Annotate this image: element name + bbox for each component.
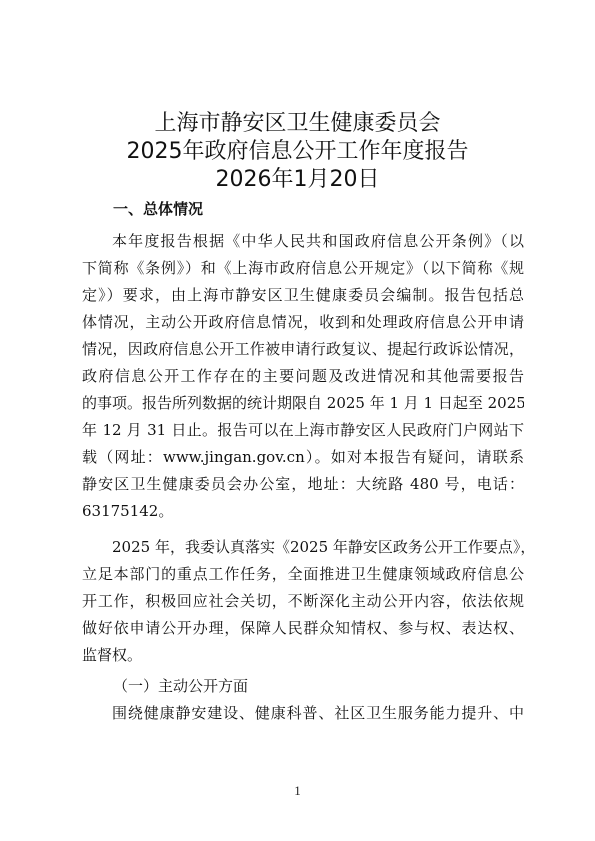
text-line: 载（网址：www.jingan.gov.cn）。如对本报告有疑问，请联系 (82, 444, 524, 471)
text-line: 开工作，积极回应社会关切，不断深化主动公开内容，依法依规 (82, 588, 524, 615)
text-line: 情况，因政府信息公开工作被申请行政复议、提起行政诉讼情况， (82, 336, 524, 363)
text-line: 做好依申请公开办理，保障人民群众知情权、参与权、表达权、 (82, 615, 524, 642)
text-line: 63175142。 (82, 498, 524, 525)
paragraph-overview: 本年度报告根据《中华人民共和国政府信息公开条例》（以 下简称《条例》）和《上海市… (82, 228, 524, 525)
text-line: 静安区卫生健康委员会办公室，地址：大统路 480 号，电话： (82, 471, 524, 498)
text-line: 围绕健康静安建设、健康科普、社区卫生服务能力提升、中 (82, 700, 524, 727)
text-line: 定》）要求，由上海市静安区卫生健康委员会编制。报告包括总 (82, 282, 524, 309)
text-line: 体情况，主动公开政府信息情况，收到和处理政府信息公开申请 (82, 309, 524, 336)
section-heading-overview: 一、总体情况 (113, 199, 203, 219)
report-date: 2026年1月20日 (0, 166, 595, 193)
text-line: 年 12 月 31 日止。报告可以在上海市静安区人民政府门户网站下 (82, 417, 524, 444)
report-title-name: 2025年政府信息公开工作年度报告 (0, 138, 595, 165)
paragraph-proactive-disclosure: 围绕健康静安建设、健康科普、社区卫生服务能力提升、中 (82, 700, 524, 727)
subsection-heading-proactive-disclosure: （一）主动公开方面 (113, 673, 248, 700)
text-line: 下简称《条例》）和《上海市政府信息公开规定》（以下简称《规 (82, 255, 524, 282)
report-title-org: 上海市静安区卫生健康委员会 (0, 110, 595, 137)
paragraph-2025-summary: 2025 年，我委认真落实《2025 年静安区政务公开工作要点》， 立足本部门的… (82, 534, 524, 669)
document-page: 上海市静安区卫生健康委员会 2025年政府信息公开工作年度报告 2026年1月2… (0, 0, 595, 841)
text-line: 政府信息公开工作存在的主要问题及改进情况和其他需要报告 (82, 363, 524, 390)
page-number: 1 (0, 783, 595, 799)
text-line: 本年度报告根据《中华人民共和国政府信息公开条例》（以 (82, 228, 524, 255)
text-line: 2025 年，我委认真落实《2025 年静安区政务公开工作要点》， (82, 534, 524, 561)
text-line: 的事项。报告所列数据的统计期限自 2025 年 1 月 1 日起至 2025 (82, 390, 524, 417)
text-line: 立足本部门的重点工作任务，全面推进卫生健康领域政府信息公 (82, 561, 524, 588)
text-line: 监督权。 (82, 642, 524, 669)
